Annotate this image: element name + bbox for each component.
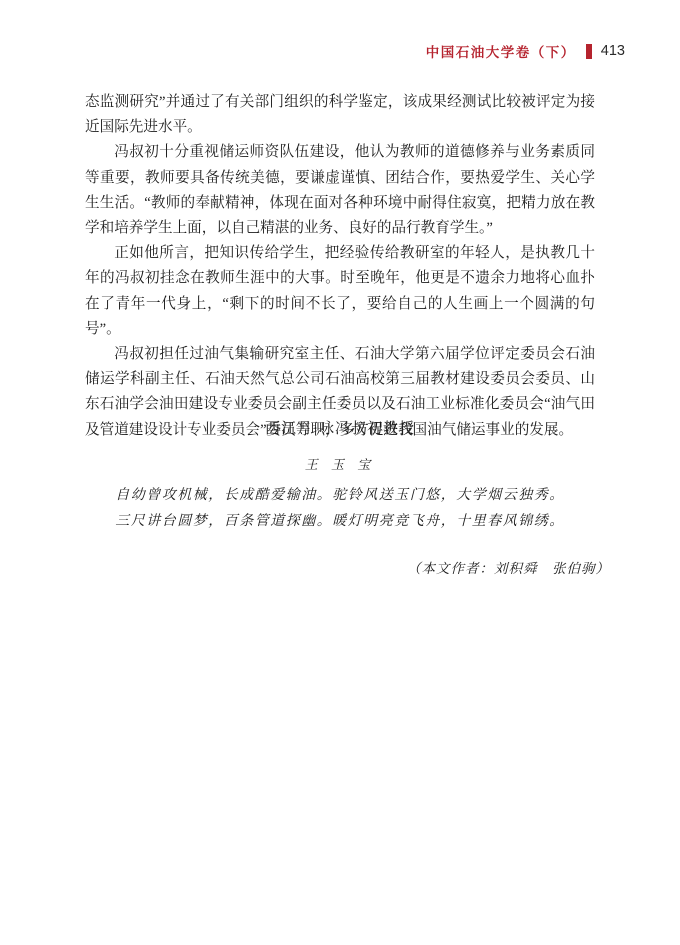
journal-title: 中国石油大学卷（下） <box>426 41 576 61</box>
page-number: 413 <box>601 43 625 59</box>
poem-author: 王 玉 宝 <box>0 456 680 474</box>
author-attribution: （本文作者：刘积舜 张伯驹） <box>407 557 610 577</box>
poem-title: 西江月·咏冯叔初教授 <box>0 419 680 439</box>
poem-lines: 自幼曾攻机械，长成酷爱输油。驼铃风送玉门悠，大学烟云独秀。 三尺讲台圆梦，百条管… <box>0 483 680 534</box>
document-page: 中国石油大学卷（下） 413 态监测研究”并通过了有关部门组织的科学鉴定，该成果… <box>0 0 680 945</box>
red-divider-bar-icon <box>586 44 592 59</box>
poem-line: 三尺讲台圆梦，百条管道探幽。暖灯明亮竞飞舟，十里春风锦绣。 <box>0 509 680 535</box>
poem-line: 自幼曾攻机械，长成酷爱输油。驼铃风送玉门悠，大学烟云独秀。 <box>0 483 680 509</box>
body-paragraph: 态监测研究”并通过了有关部门组织的科学鉴定，该成果经测试比较被评定为接近国际先进… <box>85 90 595 140</box>
body-paragraph: 正如他所言，把知识传给学生，把经验传给教研室的年轻人，是执教几十年的冯叔初挂念在… <box>85 241 595 342</box>
body-text: 态监测研究”并通过了有关部门组织的科学鉴定，该成果经测试比较被评定为接近国际先进… <box>85 90 595 443</box>
running-head: 中国石油大学卷（下） 413 <box>426 41 625 61</box>
body-paragraph: 冯叔初十分重视储运师资队伍建设，他认为教师的道德修养与业务素质同等重要，教师要具… <box>85 140 595 241</box>
poem-section: 西江月·咏冯叔初教授 王 玉 宝 自幼曾攻机械，长成酷爱输油。驼铃风送玉门悠，大… <box>0 419 680 534</box>
